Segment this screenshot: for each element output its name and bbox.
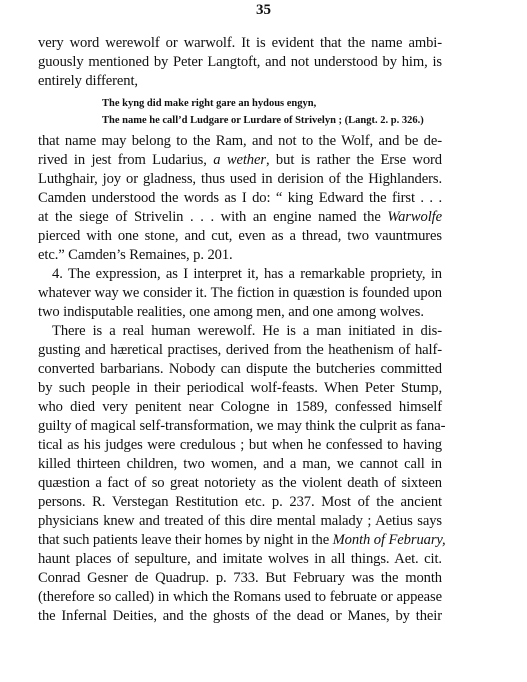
text-line: the Infernal Deities, and the ghosts of … (38, 607, 442, 626)
verse-quotation: The kyng did make right gare an hydous e… (38, 95, 442, 129)
text-line: gusting and hæretical practises, derived… (38, 341, 442, 360)
text-line: that name may belong to the Ram, and not… (38, 132, 442, 151)
text-line: etc.” Camden’s Remaines, p. 201. (38, 246, 442, 265)
text-line: entirely different, (38, 72, 442, 91)
text-span: that such patients leave their homes by … (38, 532, 333, 548)
text-line: very word werewolf or warwolf. It is evi… (38, 34, 442, 53)
page-number: 35 (0, 2, 527, 19)
page-body-text: very word werewolf or warwolf. It is evi… (38, 34, 442, 626)
italic-term: a wether (213, 152, 266, 168)
text-line: 4. The expression, as I interpret it, ha… (38, 265, 442, 284)
text-line: that such patients leave their homes by … (38, 531, 442, 550)
text-line: who died very penitent near Cologne in 1… (38, 398, 442, 417)
text-span: rived in jest from Ludarius, (38, 152, 213, 168)
italic-term: Month of February, (333, 532, 446, 548)
text-line: quæstion a fact of so great notoriety as… (38, 474, 442, 493)
text-line: converted barbarians. Nobody can dispute… (38, 360, 442, 379)
text-line: tical as his judges were credulous ; but… (38, 436, 442, 455)
text-line: (therefore so called) in which the Roman… (38, 588, 442, 607)
text-line: Camden understood the words as I do: “ k… (38, 189, 442, 208)
text-line: guously mentioned by Peter Langtoft, and… (38, 53, 442, 72)
text-span: , but is rather the Erse word (266, 152, 442, 168)
text-line: physicians knew and treated of this dire… (38, 512, 442, 531)
text-line: two indisputable realities, one among me… (38, 303, 442, 322)
text-span: at the siege of Strivelin . . . with an … (38, 209, 387, 225)
text-line: killed thirteen children, two women, and… (38, 455, 442, 474)
verse-line: The name he call’d Ludgare or Lurdare of… (102, 112, 442, 129)
text-line: rived in jest from Ludarius, a wether, b… (38, 151, 442, 170)
text-line: haunt places of sepulture, and imitate w… (38, 550, 442, 569)
text-line: at the siege of Strivelin . . . with an … (38, 208, 442, 227)
text-line: There is a real human werewolf. He is a … (38, 322, 442, 341)
text-line: whatever way we consider it. The fiction… (38, 284, 442, 303)
text-line: guilty of magical self-transformation, w… (38, 417, 442, 436)
text-line: Conrad Gesner de Quadrup. p. 733. But Fe… (38, 569, 442, 588)
text-line: by such people in their periodical wolf-… (38, 379, 442, 398)
verse-line: The kyng did make right gare an hydous e… (102, 95, 442, 112)
text-line: persons. R. Verstegan Restitution etc. p… (38, 493, 442, 512)
text-line: Luthghair, joy or gladness, thus used in… (38, 170, 442, 189)
text-line: pierced with one stone, and cut, even as… (38, 227, 442, 246)
italic-term: Warwolfe (387, 209, 442, 225)
